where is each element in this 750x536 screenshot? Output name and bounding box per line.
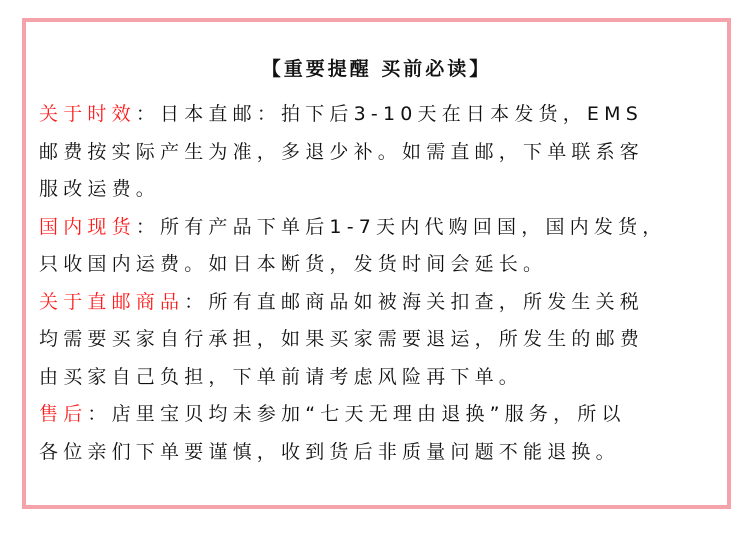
- section-shipping-time-line-1: 关于时效：日本直邮：拍下后3-10天在日本发货，EMS: [39, 96, 729, 134]
- section-label-after-sales: 售后: [39, 403, 87, 425]
- notice-box: 【重要提醒 买前必读】 关于时效：日本直邮：拍下后3-10天在日本发货，EMS …: [22, 18, 731, 509]
- section-direct-mail-line-3: 由买家自己负担，下单前请考虑风险再下单。: [39, 359, 729, 397]
- section-after-sales-line-2: 各位亲们下单要谨慎，收到货后非质量问题不能退换。: [39, 434, 729, 472]
- section-direct-mail-line-1: 关于直邮商品：所有直邮商品如被海关扣查，所发生关税: [39, 284, 729, 322]
- section-label-shipping-time: 关于时效: [39, 103, 136, 125]
- section-shipping-time-line-3: 服改运费。: [39, 171, 729, 209]
- section-domestic-stock-line-2: 只收国内运费。如日本断货，发货时间会延长。: [39, 246, 729, 284]
- section-label-direct-mail: 关于直邮商品: [39, 291, 184, 313]
- section-shipping-time-line-2: 邮费按实际产生为准，多退少补。如需直邮，下单联系客: [39, 134, 729, 172]
- notice-title: 【重要提醒 买前必读】: [26, 54, 727, 81]
- notice-body: 关于时效：日本直邮：拍下后3-10天在日本发货，EMS 邮费按实际产生为准，多退…: [39, 96, 729, 471]
- section-domestic-stock-line-1: 国内现货：所有产品下单后1-7天内代购回国，国内发货，: [39, 209, 729, 247]
- section-direct-mail-line-2: 均需要买家自行承担，如果买家需要退运，所发生的邮费: [39, 321, 729, 359]
- section-after-sales-line-1: 售后：店里宝贝均未参加“七天无理由退换”服务，所以: [39, 396, 729, 434]
- section-label-domestic-stock: 国内现货: [39, 216, 136, 238]
